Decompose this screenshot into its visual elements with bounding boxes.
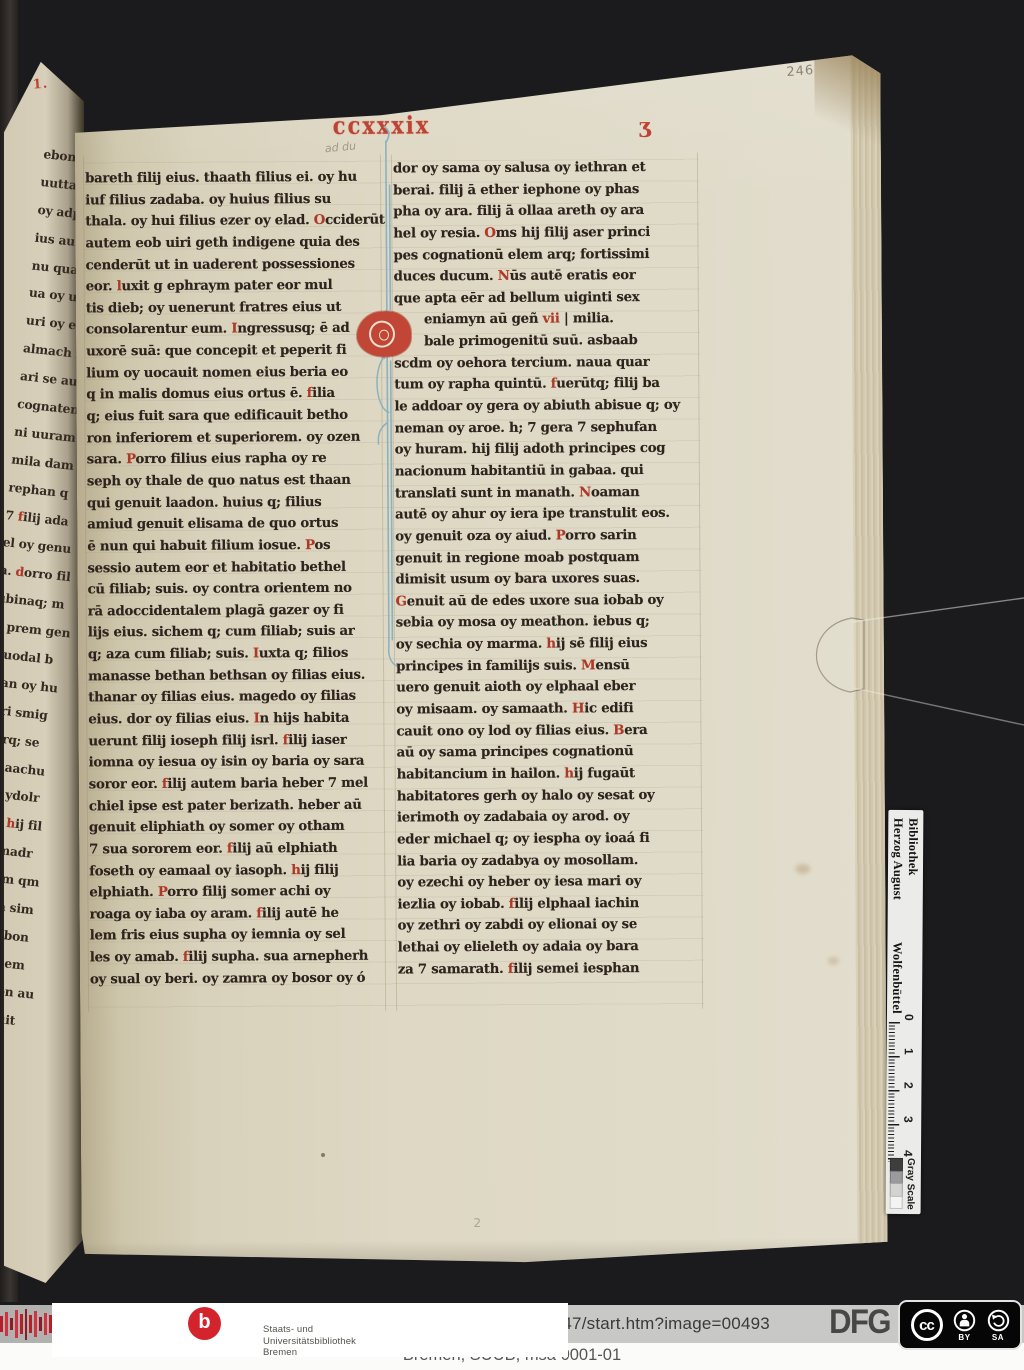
manuscript-text-line: eder michael q; oy iespha oy ioaá fi <box>397 828 699 851</box>
manuscript-text-line: sessio autem eor et habitatio bethel <box>87 556 383 579</box>
manuscript-text-line: eius. dor oy filias eius. In hijs habita <box>88 708 384 731</box>
dfg-logo: DFG <box>829 1302 890 1342</box>
cc-license-badge: cc BY SA <box>898 1300 1022 1350</box>
by-label: BY <box>958 1333 970 1342</box>
manuscript-text-line: iomna oy iesua oy isin oy baria oy sara <box>89 751 385 774</box>
manuscript-text-line: q; aza cum filiab; suis. Iuxta q; filios <box>88 643 384 666</box>
bremen-org-name: Staats- undUniversitätsbibliothekBremen <box>263 1324 356 1359</box>
manuscript-text-line: iezlia oy iobab. filij elphaal iachin <box>397 892 699 915</box>
manuscript-text-line: les oy amab. filij supha. sua arnepherh <box>90 946 386 969</box>
manuscript-text-line: elphiath. Porro filij somer achi oy <box>89 881 385 904</box>
manuscript-text-line: nacionum habitantiū in gabaa. qui <box>395 460 697 483</box>
manuscript-text-line: habitatores gerh oy halo oy sesat oy <box>397 784 699 807</box>
text-column-right: dor oy sama oy salusa oy iethran et bera… <box>393 157 700 981</box>
manuscript-text-line: genuit eliphiath oy somer oy otham <box>89 816 385 839</box>
plastic-page-holder <box>790 570 1024 780</box>
red-bars-icon <box>0 1305 52 1343</box>
manuscript-text-line: soror eor. filij autem baria heber 7 mel <box>89 773 385 796</box>
manuscript-text-line: eor. luxit g ephraym pater eor mul <box>86 275 382 298</box>
gray-scale-patches <box>890 1158 903 1208</box>
share-alike-icon <box>987 1309 1010 1332</box>
manuscript-text-line: pes cognationū elem arq; fortissimi <box>393 243 695 266</box>
cc-by-group: BY <box>953 1309 976 1342</box>
manuscript-text-line: oy sual oy beri. oy zamra oy bosor oy ó <box>90 967 386 990</box>
ruler-number: 0 <box>902 1014 916 1048</box>
bremen-logo-block: b Staats- undUniversitätsbibliothekBreme… <box>52 1303 568 1357</box>
manuscript-text-line: ierimoth oy zadabaia oy arod. oy <box>397 806 699 829</box>
manuscript-text-line: oy sechia oy marma. hij sē filij eius <box>396 633 698 656</box>
manuscript-text-line: amiud genuit elisama de quo ortus <box>87 513 383 536</box>
ruler-title-line1: Herzog August Bibliothek <box>889 818 921 942</box>
manuscript-text-line: iuf filius zadaba. oy huius filius su <box>85 188 381 211</box>
bremen-org-line: Staats- und <box>263 1324 356 1336</box>
manuscript-text-line: lem fris eius supha oy iemnia oy sel <box>90 924 386 947</box>
manuscript-text-line: q; eius fuit sara que edificauit betho <box>86 405 382 428</box>
sa-label: SA <box>992 1333 1004 1342</box>
manuscript-text-line: aū oy sama principes cognationū <box>397 741 699 764</box>
manuscript-text-line: thanar oy filias eius. magedo oy filias <box>88 686 384 709</box>
manuscript-text-line: za 7 samarath. filij semei iesphan <box>398 957 700 980</box>
manuscript-text-line: uxorē suā: que concepit et peperit fi <box>86 340 382 363</box>
manuscript-text-line: genuit in regione moab postquam <box>395 546 697 569</box>
manuscript-text-line: cū filiab; suis. oy contra orientem no <box>88 578 384 601</box>
ruler-number: 3 <box>901 1116 915 1150</box>
manuscript-text-line: cauit ono oy lod oy filias eius. Bera <box>396 719 698 742</box>
manuscript-text-line: oy zethri oy zabdi oy elionai oy se <box>398 914 700 937</box>
manuscript-text-line: manasse bethan bethsan oy filias eius. <box>88 664 384 687</box>
text-column-left: bareth filij eius. thaath filius ei. oy … <box>85 167 386 991</box>
color-scale-ruler: Herzog August Bibliothek Wolfenbüttel 01… <box>886 810 924 1214</box>
manuscript-text-line: principes in familijs suis. Mensū <box>396 654 698 677</box>
manuscript-text-line: lijs eius. sichem q; cum filiab; suis ar <box>88 621 384 644</box>
manuscript-text-line: chiel ipse est pater berizath. heber aū <box>89 794 385 817</box>
manuscript-text-line: roaga oy iaba oy aram. filij autē he <box>89 902 385 925</box>
manuscript-text-line: eniamyn aū geñ vii | milia. <box>394 308 696 331</box>
parchment-stain <box>143 66 219 100</box>
rubric-mark: ʒ <box>639 113 651 138</box>
manuscript-text-line: consolarentur eum. Ingressusq; ē ad <box>86 318 382 341</box>
manuscript-text-line: bale primogenitū suū. asbaab <box>394 330 696 353</box>
manuscript-text-line: 7 sua sororem eor. filij aū elphiath <box>89 837 385 860</box>
manuscript-text-line: neman oy aroe. h; 7 gera 7 sephufan <box>395 416 697 439</box>
gray-scale-section: Gray Scale <box>886 1158 921 1210</box>
pencil-scribble: ad du <box>324 139 356 155</box>
manuscript-text-line: hel oy resia. Oms hij filij aser princi <box>393 222 695 245</box>
manuscript-text-line: bareth filij eius. thaath filius ei. oy … <box>85 167 381 190</box>
manuscript-text-line: que apta eēr ad bellum uiginti sex <box>394 287 696 310</box>
prev-page-text-fragments: ebon gel u uutta q ad oy adpugn ius au c… <box>4 140 84 1040</box>
manuscript-text-line: cenderūt ut in uaderent possessiones <box>86 253 382 276</box>
manuscript-text-line: duces ducum. Nūs autē eratis eor <box>394 265 696 288</box>
manuscript-text-line: le addoar oy gera oy abiuth abisue q; oy <box>394 395 696 418</box>
manuscript-text-line: habitancium in hailon. hij fugaūt <box>397 763 699 786</box>
manuscript-text-line: lethai oy elieleth oy adaia oy bara <box>398 936 700 959</box>
ruler-number: 1 <box>902 1048 916 1082</box>
manuscript-text-line: autē oy ahur oy iera ipe transtulit eos. <box>395 503 697 526</box>
bremen-org-line: Universitätsbibliothek <box>263 1336 356 1348</box>
cc-icon: cc <box>911 1309 943 1341</box>
manuscript-text-line: oy ezechi oy heber oy iesa mari oy <box>397 871 699 894</box>
manuscript-text-line: sebia oy mosa oy meathon. iebus q; <box>396 611 698 634</box>
manuscript-text-line: sara. Porro filius eius rapha oy re <box>87 448 383 471</box>
manuscript-text-line: lia baria oy zadabya oy mosollam. <box>397 849 699 872</box>
ruler-number: 2 <box>901 1082 915 1116</box>
manuscript-page: ccxxxix ʒ ad du 246 2 B bareth filij eiu… <box>74 52 887 1269</box>
manuscript-text-line: ē nun qui habuit filium iosue. Pos <box>87 534 383 557</box>
foxing-spot <box>828 957 839 965</box>
person-icon <box>953 1309 976 1332</box>
manuscript-text-line: qui genuit laadon. huius q; filius <box>87 491 383 514</box>
manuscript-text-line: oy genuit oza oy aiud. Porro sarin <box>395 525 697 548</box>
bremen-b-logo: b <box>188 1307 221 1340</box>
manuscript-text-line: oy huram. hij filij adoth principes cog <box>395 438 697 461</box>
manuscript-text-line: seph oy thale de quo natus est thaan <box>87 470 383 493</box>
manuscript-text-line: uerunt filij ioseph filij isrl. filij ia… <box>88 729 384 752</box>
manuscript-text-line: tis dieb; oy uenerunt fratres eius ut <box>86 296 382 319</box>
manuscript-text-line: oy misaam. oy samaath. Hic edifi <box>396 698 698 721</box>
manuscript-text-line: pha oy ara. filij ā ollaa areth oy ara <box>393 200 695 223</box>
previous-page-edge: m. 1. ebon gel u uutta q ad oy adpugn iu… <box>4 52 84 1288</box>
manuscript-text-line: uero genuit aioth oy elphaal eber <box>396 676 698 699</box>
ruler-title: Herzog August Bibliothek Wolfenbüttel <box>889 818 921 1014</box>
pencil-mark-bottom: 2 <box>473 1216 481 1230</box>
manuscript-text-line: berai. filij ā ether iephone oy phas <box>393 178 695 201</box>
bremen-org-line: Bremen <box>263 1347 356 1359</box>
cc-sa-group: SA <box>987 1309 1010 1342</box>
corner-stain <box>814 52 881 187</box>
gray-scale-label: Gray Scale <box>905 1158 916 1210</box>
manuscript-text-line: rā adoccidentalem plagā gazer oy fi <box>88 599 384 622</box>
manuscript-text-line: dor oy sama oy salusa oy iethran et <box>393 157 695 180</box>
ruler-ticks <box>888 1022 895 1162</box>
manuscript-text-line: tum oy rapha quintū. fuerūtq; filij ba <box>394 373 696 396</box>
folio-number-pencil: 246 <box>786 63 815 80</box>
foxing-spot <box>795 864 810 874</box>
ruler-title-line2: Wolfenbüttel <box>889 942 921 1014</box>
gray-patch <box>890 1195 903 1209</box>
manuscript-text-line: lium oy uocauit nomen eius beria eo <box>86 361 382 384</box>
manuscript-text-line: scdm oy oehora tercium. naua quar <box>394 351 696 374</box>
manuscript-text-line: autem eob uiri geth indigene quia des <box>85 232 381 255</box>
manuscript-text-line: foseth oy eamaal oy iasoph. hij filij <box>89 859 385 882</box>
ruler-scale: 01234 <box>886 1022 922 1168</box>
manuscript-text-line: translati sunt in manath. Noaman <box>395 481 697 504</box>
manuscript-text-line: Genuit aū de edes uxore sua iobab oy <box>396 589 698 612</box>
manuscript-text-line: ron inferiorem et superiorem. oy ozen <box>87 426 383 449</box>
manuscript-text-line: thala. oy hui filius ezer oy elad. Occid… <box>85 210 381 233</box>
ink-spot <box>321 1153 325 1157</box>
manuscript-text-line: dimisit usum oy bara uxores suas. <box>395 568 697 591</box>
manuscript-text-line: q in malis domus eius ortus ē. filia <box>86 383 382 406</box>
